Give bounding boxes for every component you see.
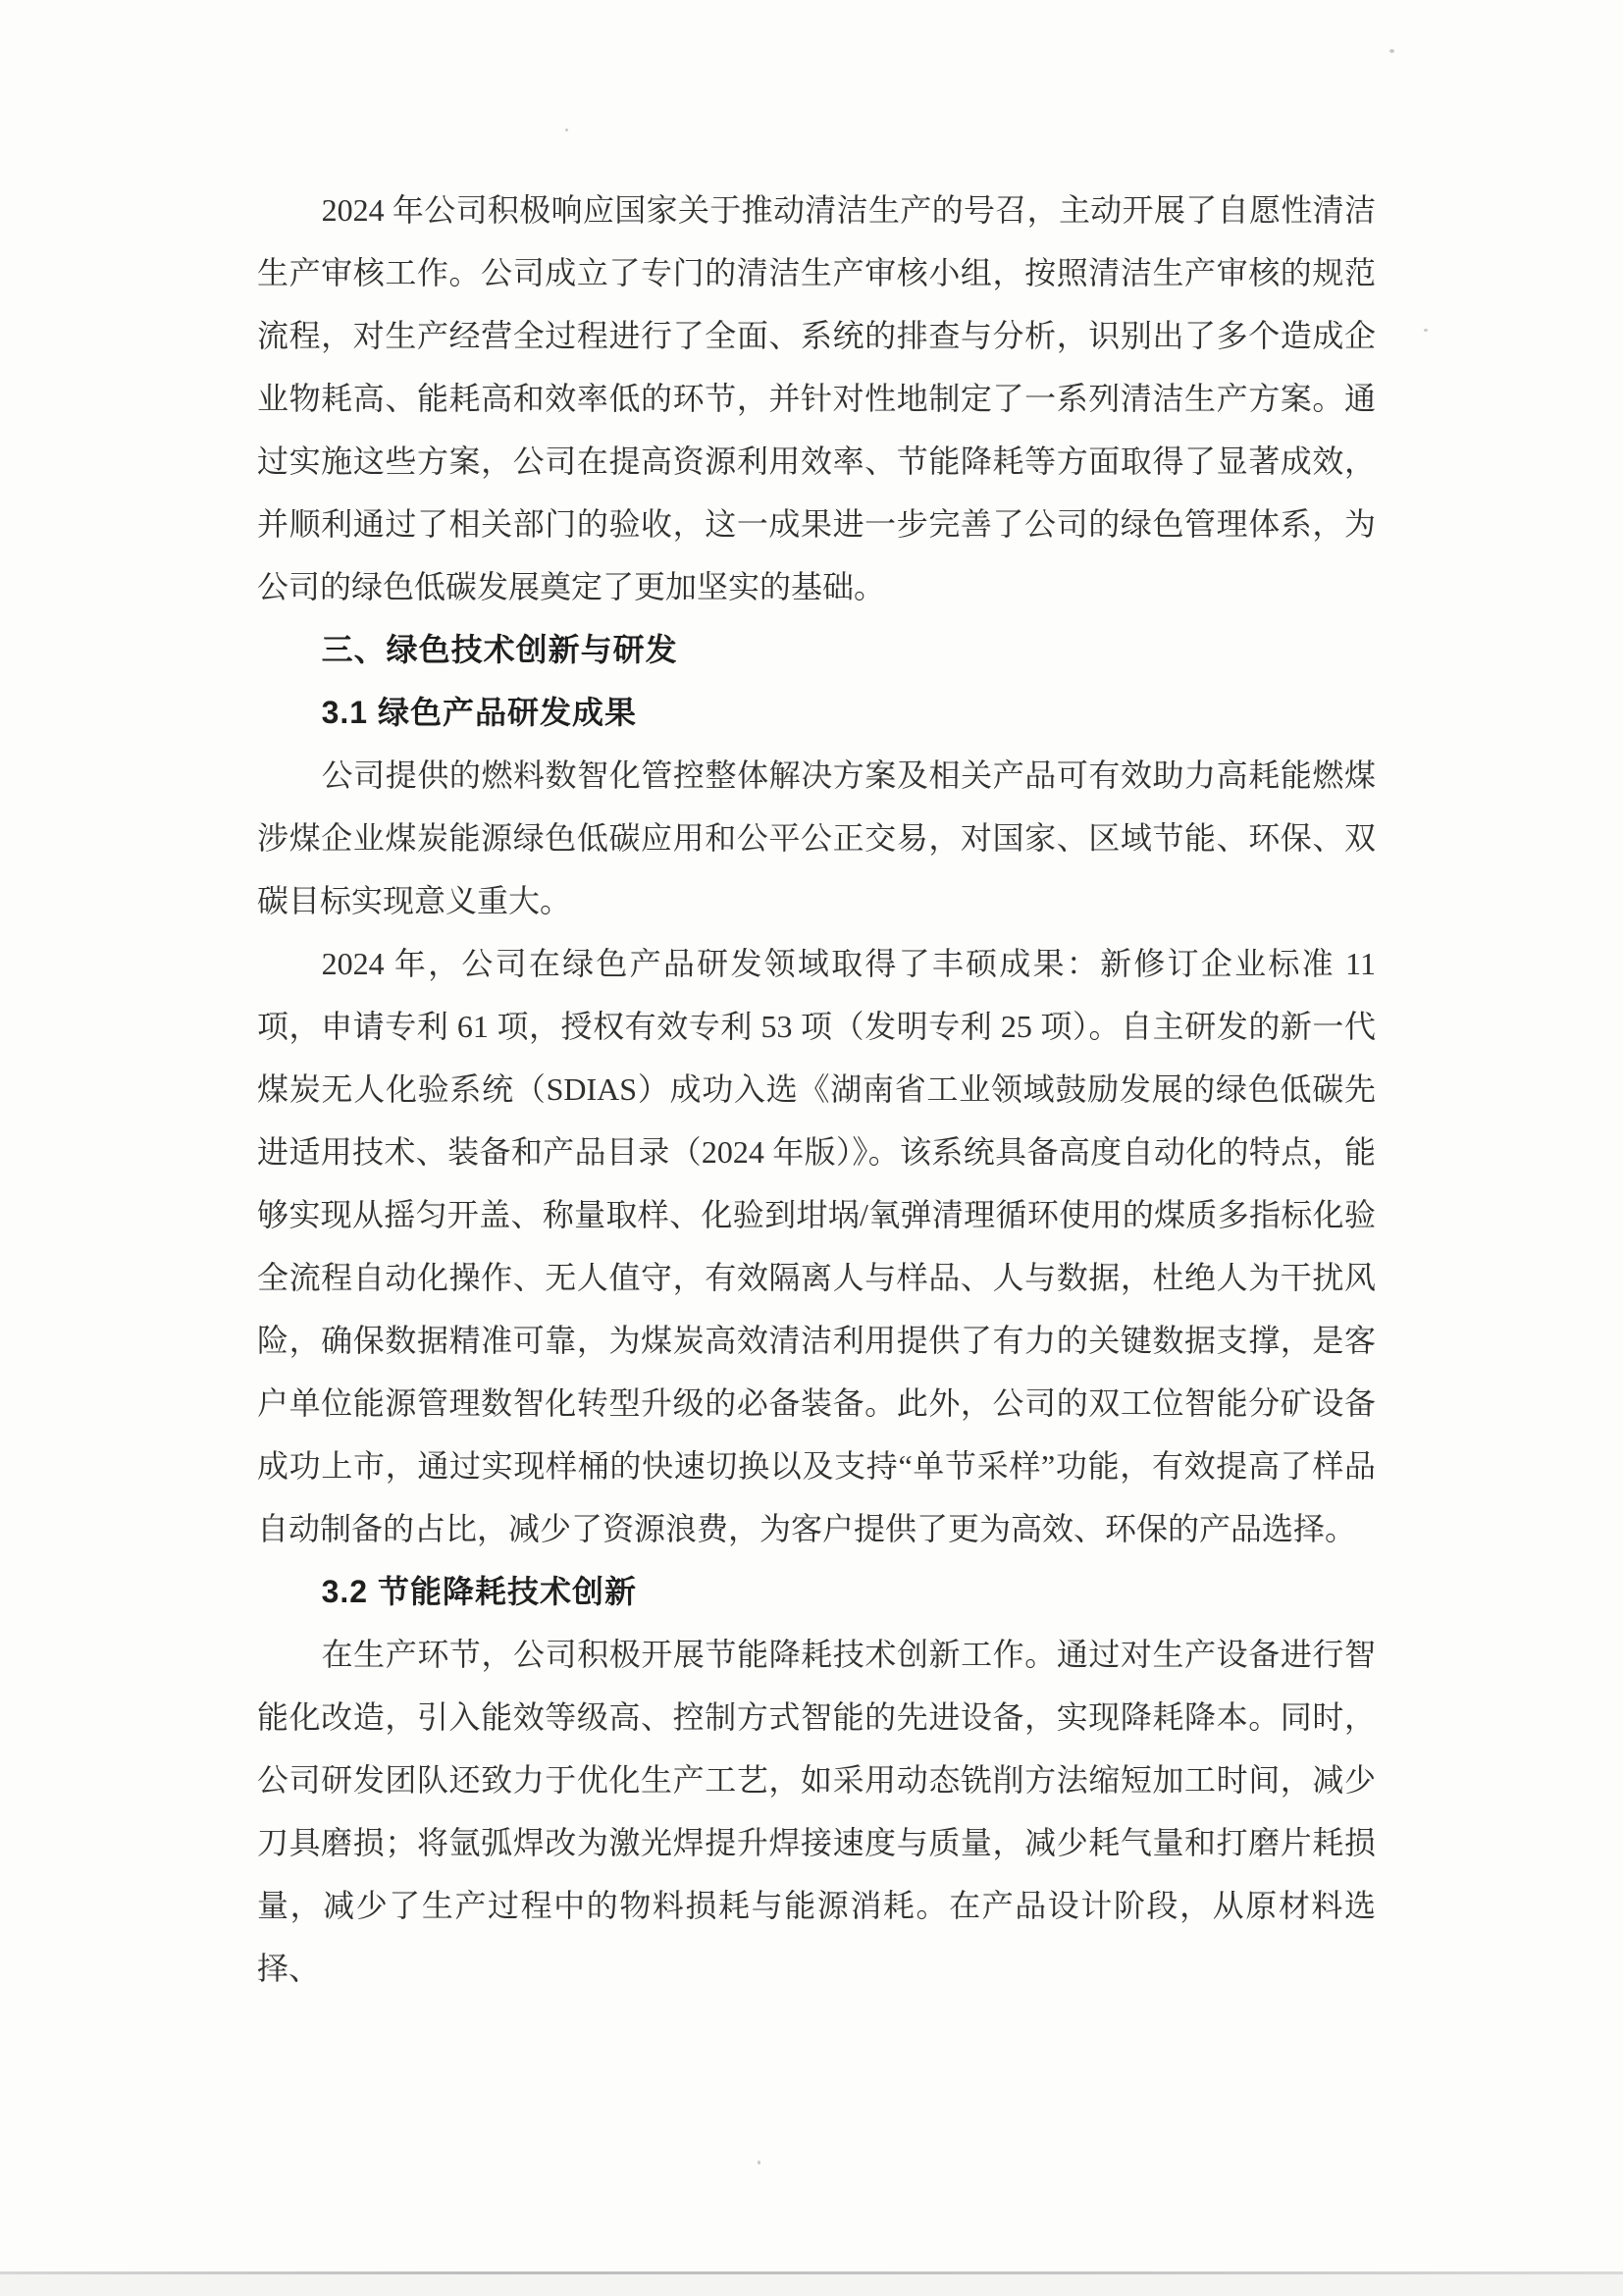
paragraph-energy-saving: 在生产环节，公司积极开展节能降耗技术创新工作。通过对生产设备进行智能化改造，引入… [257,1623,1376,2000]
scan-speck [1389,49,1394,53]
section-heading-green-technology: 三、绿色技术创新与研发 [257,618,1376,681]
subsection-heading-3-1: 3.1 绿色产品研发成果 [257,681,1376,744]
paragraph-clean-production: 2024 年公司积极响应国家关于推动清洁生产的号召，主动开展了自愿性清洁生产审核… [257,179,1376,618]
scan-edge-line [0,2271,1623,2274]
scan-edge-shade [0,2274,1623,2296]
scan-speck [1424,329,1428,332]
subsection-heading-3-2: 3.2 节能降耗技术创新 [257,1560,1376,1623]
paragraph-rd-achievements: 2024 年，公司在绿色产品研发领域取得了丰硕成果：新修订企业标准 11 项，申… [257,932,1376,1560]
scan-speck [758,2161,760,2165]
document-content: 2024 年公司积极响应国家关于推动清洁生产的号召，主动开展了自愿性清洁生产审核… [257,179,1376,2000]
scanned-document-page: 2024 年公司积极响应国家关于推动清洁生产的号召，主动开展了自愿性清洁生产审核… [0,0,1623,2296]
paragraph-fuel-solution: 公司提供的燃料数智化管控整体解决方案及相关产品可有效助力高耗能燃煤涉煤企业煤炭能… [257,744,1376,932]
scan-speck [565,129,568,131]
